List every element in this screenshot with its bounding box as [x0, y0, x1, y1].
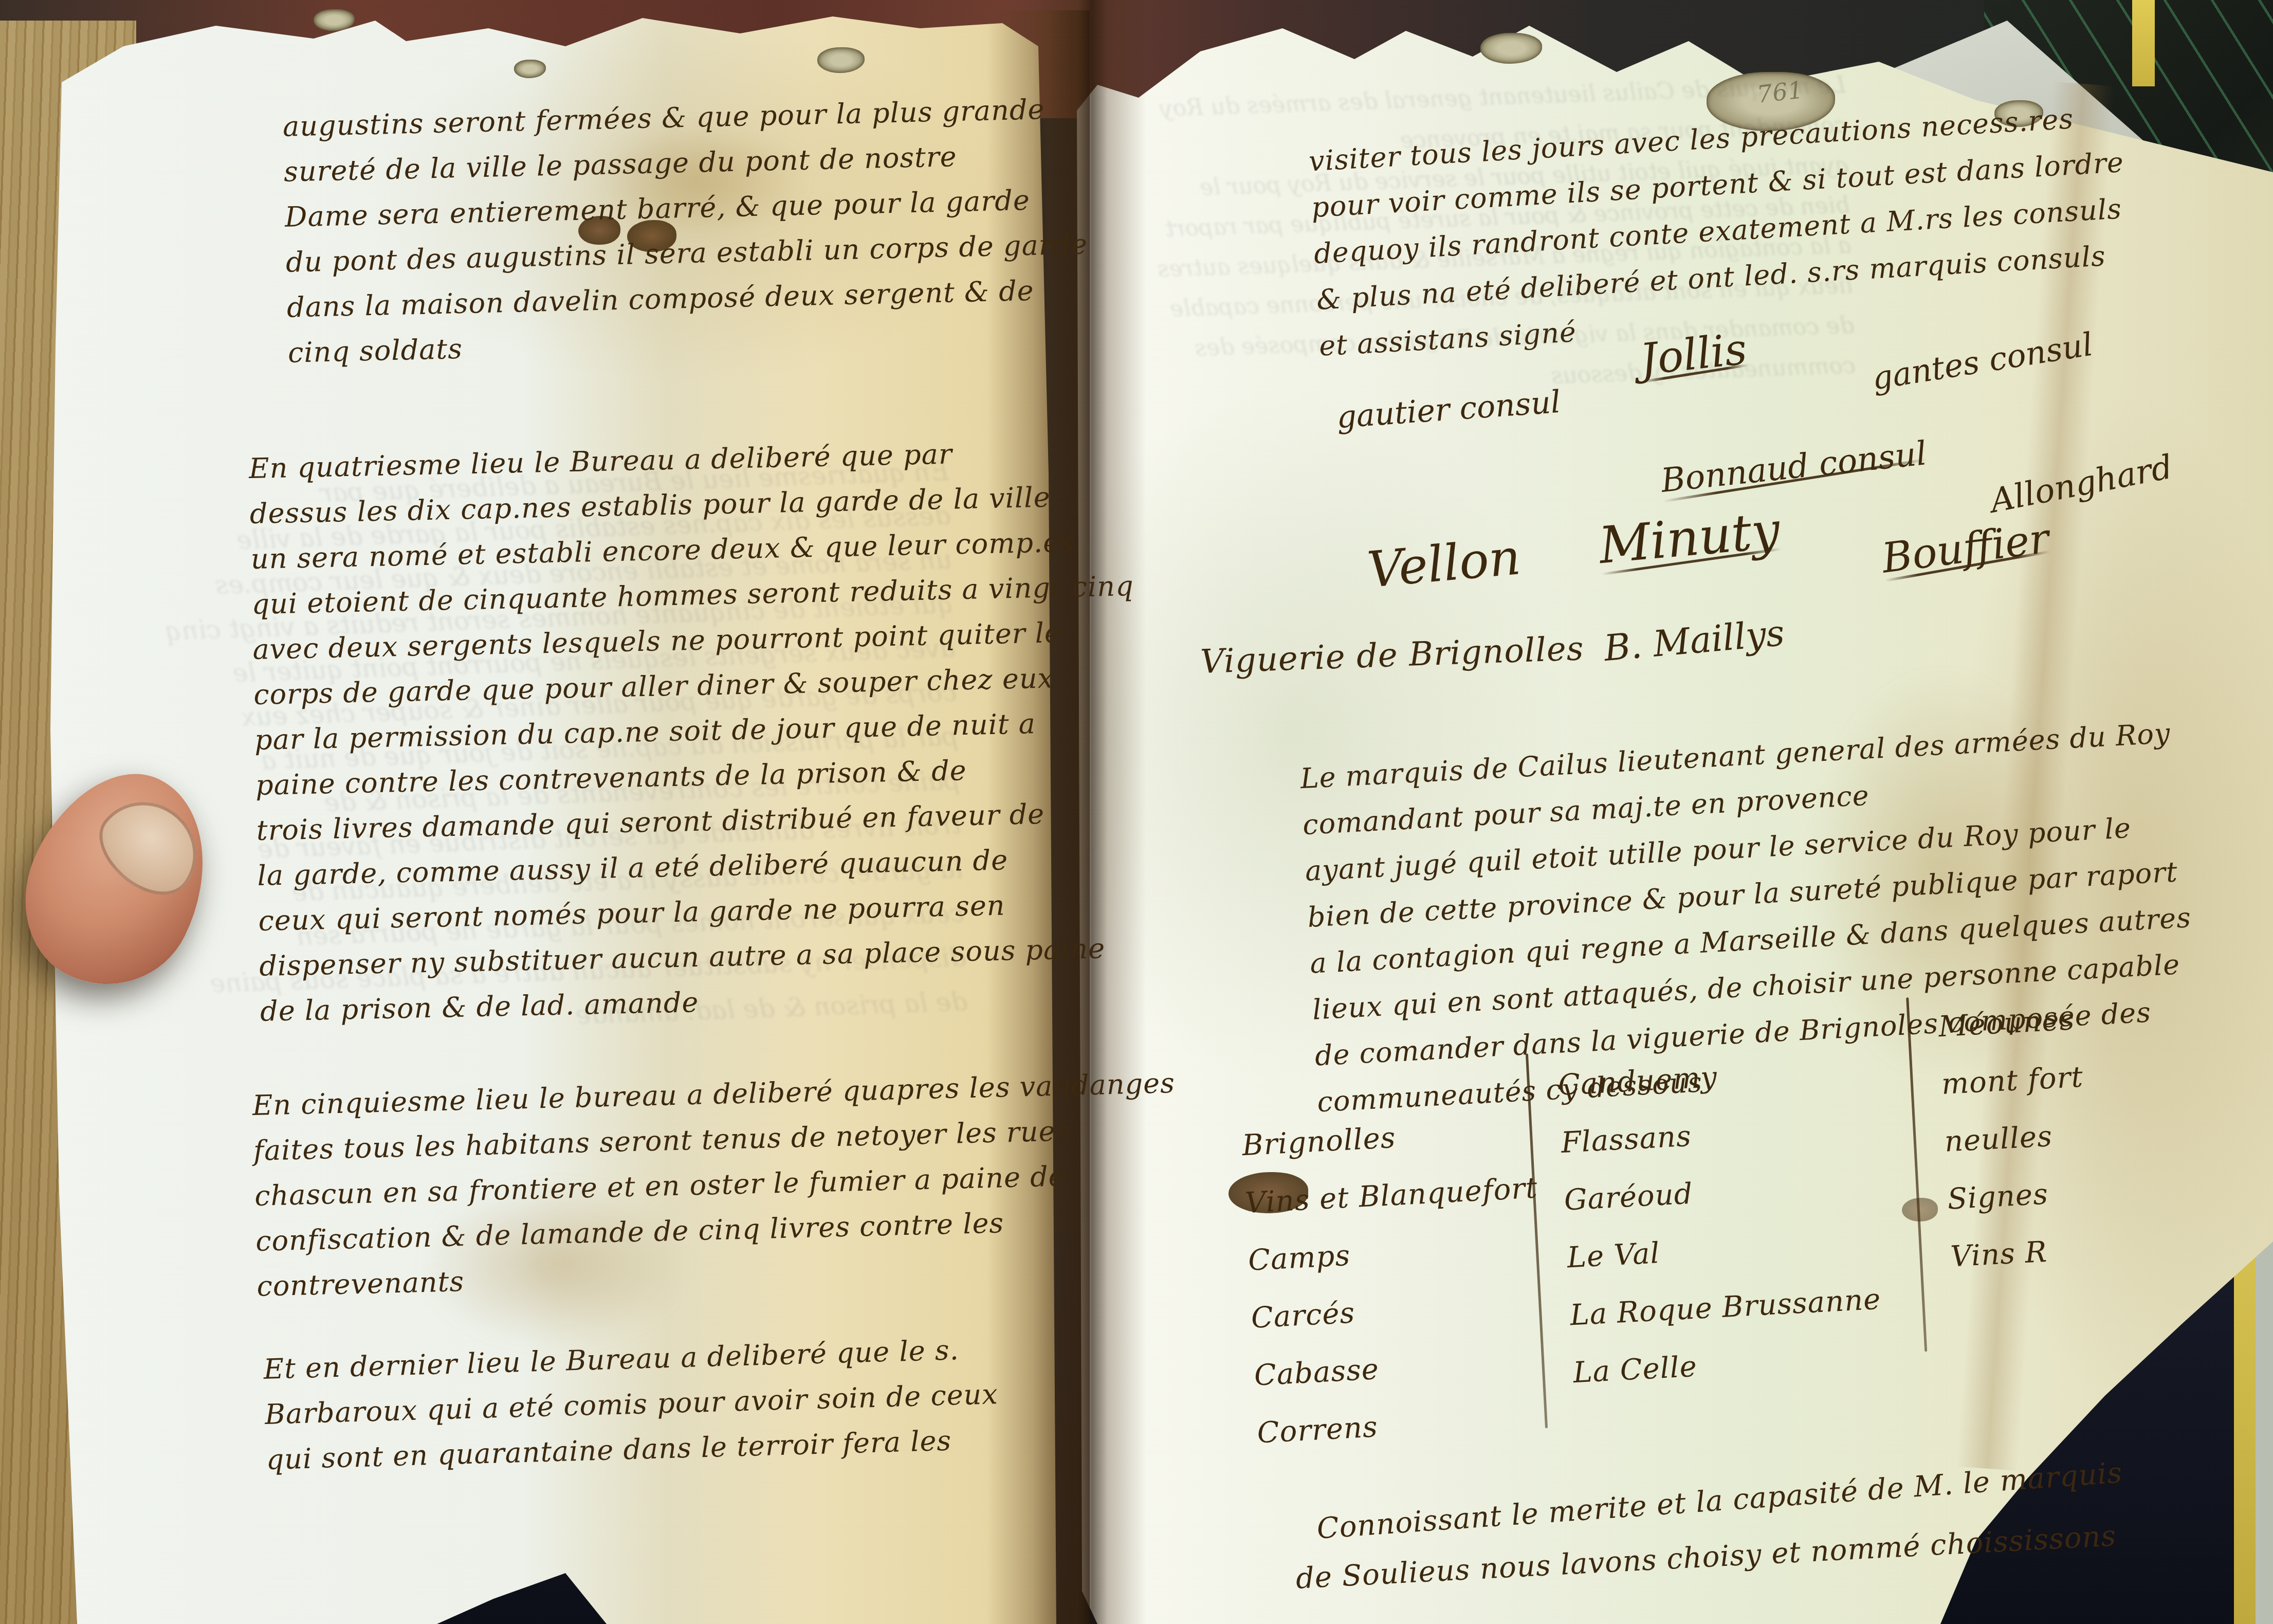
communities-column-2: CanduemyFlassansGaréoudLe ValLa Roque Br… [1556, 1041, 1885, 1402]
community-name: neulles [1943, 1106, 2087, 1171]
communities-column-3: Méounesmont fortneullesSignesVins R [1937, 991, 2094, 1286]
column-divider [1906, 997, 1927, 1352]
community-name: Signes [1946, 1163, 2091, 1228]
communities-column-1: BrignollesVins et BlanquefortCampsCarcés… [1241, 1102, 1551, 1463]
doorframe-strip-top [2132, 0, 2155, 86]
community-name: mont fort [1940, 1049, 2084, 1114]
community-name: Méounes [1937, 991, 2081, 1056]
community-name: Vins R [1949, 1221, 2094, 1286]
folio-number: 761 [1755, 76, 1805, 108]
left-paragraph-1: augustins seront fermées & que pour la p… [282, 86, 1090, 375]
left-paragraph-3: En cinquiesme lieu le bureau a deliberé … [252, 1061, 1180, 1309]
left-paragraph-4: Et en dernier lieu le Bureau a deliberé … [263, 1326, 1000, 1483]
communities-table: BrignollesVins et BlanquefortCampsCarcés… [1223, 979, 2273, 1474]
manuscript-photo: En quatriesme lieu le Bureau a deliberé … [0, 0, 2273, 1624]
left-paragraph-2: En quatriesme lieu le Bureau a deliberé … [248, 428, 1143, 1034]
